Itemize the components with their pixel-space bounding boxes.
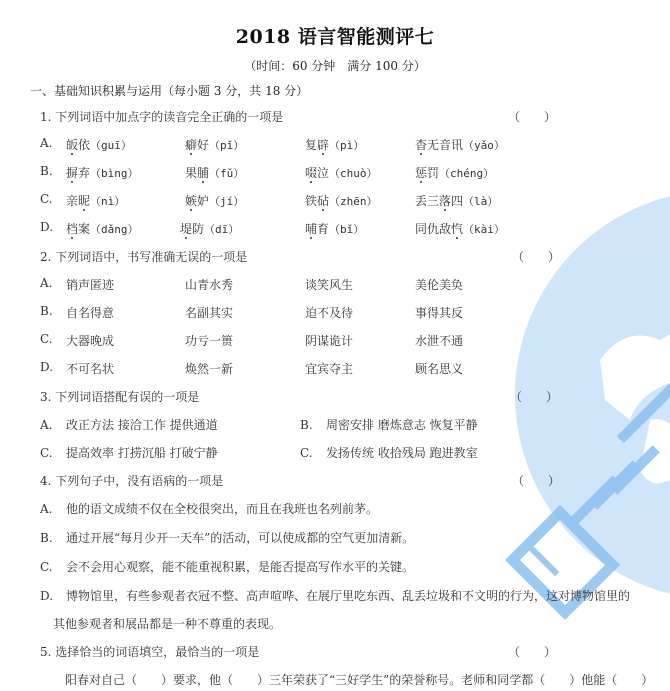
pinyin: （pì） — [329, 139, 364, 152]
pinyin: （pǐ） — [209, 139, 244, 152]
word-suffix: 防 — [192, 222, 204, 236]
dotted-character: 砧 — [317, 194, 329, 208]
pinyin: （fǔ） — [209, 167, 244, 180]
dotted-character: 癖 — [185, 138, 197, 152]
question-1-option-word: 啜泣（chuò） — [305, 164, 378, 181]
question-3-option-c: C.提高效率 打捞沉船 打破宁静 — [40, 444, 218, 461]
dotted-character: 落 — [439, 194, 451, 208]
question-2-option-word: 销声匿迹 — [66, 276, 114, 293]
word-prefix: 丢三 — [415, 194, 439, 208]
question-1-option-word: 铁砧（zhēn） — [305, 192, 378, 209]
question-2-option-word: 功亏一篑 — [185, 332, 233, 349]
word-suffix: 四 — [451, 194, 463, 208]
question-2-stem: 2. 下列词语中，书写准确无误的一项是 — [40, 248, 247, 265]
dotted-character: 哺 — [305, 222, 317, 236]
question-2-option-word: 谈笑风生 — [305, 276, 353, 293]
question-1-option-label: A. — [40, 136, 52, 150]
question-2-option-word: 事得其反 — [415, 304, 463, 321]
word-suffix: 依 — [78, 138, 90, 152]
pinyin: （guī） — [90, 139, 132, 152]
pinyin: （nì） — [90, 195, 125, 208]
pinyin: （là） — [463, 195, 498, 208]
question-4-option-d: D.博物馆里，有些参观者衣冠不整、高声喧哗、在展厅里吃东西、乱丢垃圾和不文明的行… — [40, 587, 630, 604]
question-2-option-word: 宜宾夺主 — [305, 360, 353, 377]
question-2-option-word: 阴谋诡计 — [305, 332, 353, 349]
question-2-option-word: 焕然一新 — [185, 360, 233, 377]
question-4-option-a: A.他的语文成绩不仅在全校很突出，而且在我班也名列前茅。 — [40, 500, 378, 517]
question-1-option-label: D. — [40, 220, 53, 234]
question-2-option-word: 名副其实 — [185, 304, 233, 321]
word-suffix: 育 — [317, 222, 329, 236]
question-2-option-word: 水泄不通 — [415, 332, 463, 349]
question-2-option-label: A. — [40, 276, 52, 290]
question-1-option-word: 嫉妒（jí） — [185, 192, 244, 209]
dotted-character: 辟 — [317, 138, 329, 152]
question-1-answer-blank: （ ） — [508, 108, 556, 125]
pinyin: （bǐ） — [329, 223, 364, 236]
question-4-option-d-continuation: 其他参观者和展品都是一种不尊重的表现。 — [53, 615, 281, 632]
dotted-character: 昵 — [78, 194, 90, 208]
pinyin: （chuò） — [329, 167, 378, 180]
question-3-option-b: B.周密安排 磨炼意志 恢复平静 — [300, 416, 478, 433]
question-4-option-b: B.通过开展“每月少开一天车”的活动，可以使成都的空气更加清新。 — [40, 529, 414, 546]
word-suffix: 泣 — [317, 166, 329, 180]
question-2-option-label: D. — [40, 360, 53, 374]
dotted-character: 嫉 — [185, 194, 197, 208]
word-prefix: 同仇敌 — [415, 222, 451, 236]
pinyin: （chéng） — [439, 167, 494, 180]
question-3-answer-blank: （ ） — [510, 388, 558, 405]
word-suffix: 案 — [78, 222, 90, 236]
question-1-stem: 1. 下列词语中加点字的读音完全正确的一项是 — [40, 108, 283, 125]
question-2-option-word: 美伦美奂 — [415, 276, 463, 293]
dotted-character: 堤 — [180, 222, 192, 236]
question-5-passage: 阳春对自己（ ）要求，他（ ）三年荣获了“三好学生”的荣誉称号。老师和同学都（ … — [65, 671, 653, 688]
question-2-option-label: B. — [40, 304, 53, 318]
section-heading: 一、基础知识积累与运用（每小题 3 分，共 18 分） — [30, 82, 308, 99]
question-4-answer-blank: （ ） — [512, 472, 560, 489]
question-2-option-word: 山青水秀 — [185, 276, 233, 293]
question-1-option-word: 果脯（fǔ） — [185, 164, 244, 181]
question-1-option-word: 摒弃（bìng） — [66, 164, 139, 181]
question-4-stem: 4. 下列句子中，没有语病的一项是 — [40, 472, 223, 489]
dotted-character: 皈 — [66, 138, 78, 152]
question-1-option-word: 丢三落四（là） — [415, 192, 498, 209]
exam-time-score: （时间：60 分钟 满分 100 分） — [0, 57, 670, 74]
question-2-option-label: C. — [40, 332, 53, 346]
dotted-character: 啜 — [305, 166, 317, 180]
word-prefix: 亲 — [66, 194, 78, 208]
question-2-option-word: 顾名思义 — [415, 360, 463, 377]
pinyin: （bìng） — [90, 167, 139, 180]
dotted-character: 杳 — [415, 138, 427, 152]
question-1-option-word: 堤防（dī） — [180, 220, 239, 237]
word-suffix: 弃 — [78, 166, 90, 180]
question-3-stem: 3. 下列词语搭配有误的一项是 — [40, 388, 199, 405]
word-suffix: 好 — [197, 138, 209, 152]
word-prefix: 果 — [185, 166, 197, 180]
question-2-option-word: 不可名状 — [66, 360, 114, 377]
question-1-option-word: 同仇敌忾（kài） — [415, 220, 505, 237]
question-2-option-word: 自名得意 — [66, 304, 114, 321]
question-1-option-word: 复辟（pì） — [305, 136, 364, 153]
word-prefix: 铁 — [305, 194, 317, 208]
question-1-option-label: B. — [40, 164, 53, 178]
dotted-character: 惩 — [415, 166, 427, 180]
pinyin: （jí） — [209, 195, 244, 208]
question-1-option-word: 哺育（bǐ） — [305, 220, 364, 237]
dotted-character: 摒 — [66, 166, 78, 180]
question-1-option-word: 档案（dǎng） — [66, 220, 139, 237]
dotted-character: 忾 — [451, 222, 463, 236]
exam-page: 2018 语言智能测评七 （时间：60 分钟 满分 100 分） 一、基础知识积… — [0, 0, 670, 691]
question-3-option-a: A.改正方法 接洽工作 提供通道 — [40, 416, 218, 433]
question-1-option-word: 杳无音讯（yǎo） — [415, 136, 505, 153]
question-2-option-word: 大器晚成 — [66, 332, 114, 349]
word-suffix: 罚 — [427, 166, 439, 180]
question-1-option-word: 惩罚（chéng） — [415, 164, 494, 181]
question-4-option-c: C.会不会用心观察，能不能重视积累，是能否提高写作水平的关键。 — [40, 558, 414, 575]
dotted-character: 档 — [66, 222, 78, 236]
question-2-option-word: 迫不及待 — [305, 304, 353, 321]
question-1-option-word: 癖好（pǐ） — [185, 136, 244, 153]
question-2-answer-blank: （ ） — [512, 248, 560, 265]
pinyin: （zhēn） — [329, 195, 378, 208]
page-title: 2018 语言智能测评七 — [0, 22, 670, 49]
question-1-option-label: C. — [40, 192, 53, 206]
question-5-answer-blank: （ ） — [508, 643, 556, 660]
question-1-option-word: 皈依（guī） — [66, 136, 132, 153]
word-prefix: 复 — [305, 138, 317, 152]
pinyin: （dī） — [204, 223, 239, 236]
pinyin: （kài） — [463, 223, 505, 236]
word-suffix: 妒 — [197, 194, 209, 208]
question-3-option-d: C.发扬传统 收拾残局 跑进教室 — [300, 444, 478, 461]
pinyin: （dǎng） — [90, 223, 139, 236]
question-5-stem: 5. 选择恰当的词语填空，最恰当的一项是 — [40, 643, 259, 660]
question-1-option-word: 亲昵（nì） — [66, 192, 125, 209]
dotted-character: 脯 — [197, 166, 209, 180]
word-suffix: 无音讯 — [427, 138, 463, 152]
pinyin: （yǎo） — [463, 139, 505, 152]
